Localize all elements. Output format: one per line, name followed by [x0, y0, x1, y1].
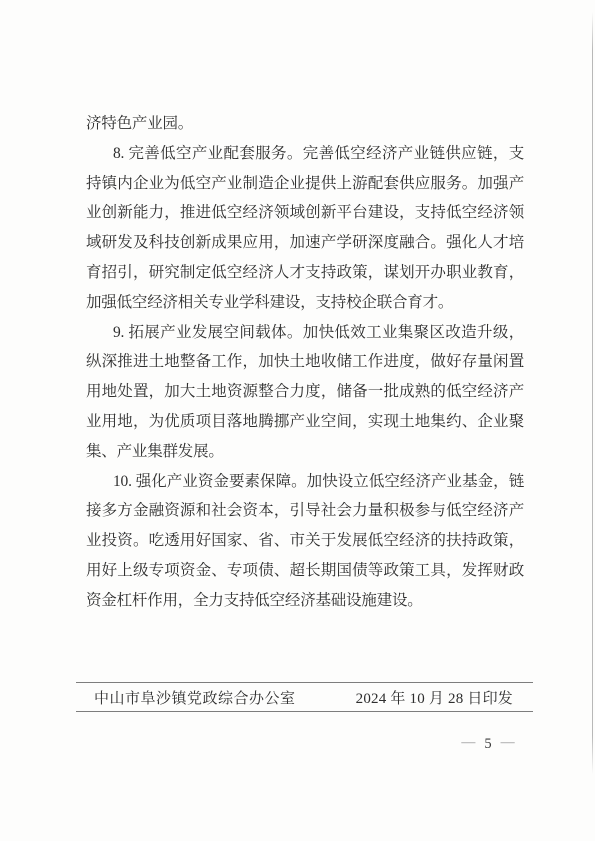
page-number-value: 5: [484, 736, 491, 753]
body-line: 集、产业集群发展。: [86, 437, 524, 467]
body-line: 接多方金融资源和社会资本，引导社会力量积极参与低空经济产: [86, 496, 524, 526]
body-line: 业用地，为优质项目落地腾挪产业空间，实现土地集约、企业聚: [86, 407, 524, 437]
print-date: 2024 年 10 月 28 日印发: [356, 687, 513, 708]
body-line: 育招引，研究制定低空经济人才支持政策，谋划开办职业教育，: [86, 258, 524, 288]
document-page: 济特色产业园。 8. 完善低空产业配套服务。完善低空经济产业链供应链，支 持镇内…: [0, 0, 595, 841]
document-body: 济特色产业园。 8. 完善低空产业配套服务。完善低空经济产业链供应链，支 持镇内…: [86, 109, 524, 616]
page-number: — 5 —: [440, 734, 536, 754]
body-line: 加强低空经济相关专业学科建设，支持校企联合育才。: [86, 288, 524, 318]
page-number-dash-right: —: [501, 735, 515, 751]
body-line: 用地处置，加大土地资源整合力度，储备一批成熟的低空经济产: [86, 377, 524, 407]
page-number-dash-left: —: [461, 735, 475, 751]
body-line: 9. 拓展产业发展空间载体。加快低效工业集聚区改造升级，: [86, 318, 524, 348]
body-line: 10. 强化产业资金要素保障。加快设立低空经济产业基金，链: [86, 467, 524, 497]
body-line: 济特色产业园。: [86, 109, 524, 139]
body-line: 域研发及科技创新成果应用，加速产学研深度融合。强化人才培: [86, 228, 524, 258]
document-footer: 中山市阜沙镇党政综合办公室 2024 年 10 月 28 日印发: [76, 684, 533, 711]
body-line: 8. 完善低空产业配套服务。完善低空经济产业链供应链，支: [86, 139, 524, 169]
issuing-office: 中山市阜沙镇党政综合办公室: [94, 687, 296, 708]
body-line: 纵深推进土地整备工作，加快土地收储工作进度，做好存量闲置: [86, 347, 524, 377]
body-line: 持镇内企业为低空产业制造企业提供上游配套供应服务。加强产: [86, 169, 524, 199]
body-line: 业投资。吃透用好国家、省、市关于发展低空经济的扶持政策，: [86, 526, 524, 556]
body-line: 资金杠杆作用，全力支持低空经济基础设施建设。: [86, 586, 524, 616]
body-line: 业创新能力，推进低空经济领域创新平台建设，支持低空经济领: [86, 198, 524, 228]
body-line: 用好上级专项资金、专项债、超长期国债等政策工具，发挥财政: [86, 556, 524, 586]
scan-edge-artifact: [592, 12, 593, 774]
footer-rule-bottom: [76, 711, 533, 712]
